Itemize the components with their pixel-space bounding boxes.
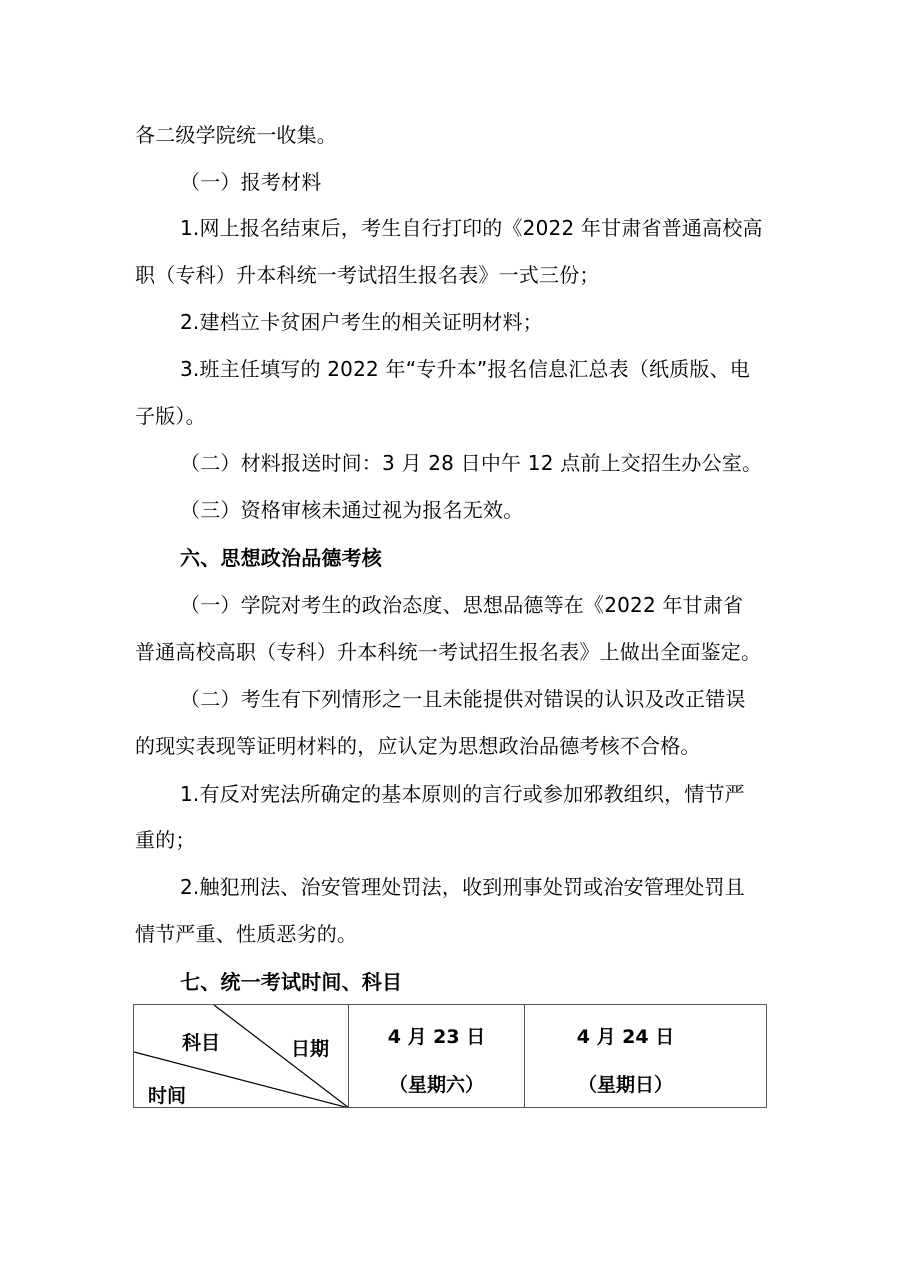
paragraph-line: 2.建档立卡贫困户考生的相关证明材料； [180,310,820,334]
paragraph-line: 1.网上报名结束后，考生自行打印的《2022 年甘肃省普通高校高 [180,216,820,240]
weekday-label: （星期六） [349,1070,524,1097]
subject-header-label: 科目 [182,1028,220,1055]
paragraph-line: 2.触犯刑法、治安管理处罚法，收到刑事处罚或治安管理处罚且 [180,875,820,899]
date-label: 4 月 24 日 [505,1022,746,1049]
date-column-header: 4 月 23 日 （星期六） [349,1005,525,1107]
paragraph-line: （一）学院对考生的政治态度、思想品德等在《2022 年甘肃省 [180,593,820,617]
weekday-label: （星期日） [505,1070,746,1097]
paragraph-line: 各二级学院统一收集。 [135,123,775,147]
paragraph-line: 普通高校高职（专科）升本科统一考试招生报名表》上做出全面鉴定。 [135,640,775,664]
paragraph-line: 1.有反对宪法所确定的基本原则的言行或参加邪教组织，情节严 [180,782,820,806]
paragraph-line: 3.班主任填写的 2022 年“专升本”报名信息汇总表（纸质版、电 [180,357,820,381]
time-header-label: 时间 [148,1081,186,1108]
paragraph-line: 子版）。 [135,404,775,428]
paragraph-line: （一）报考材料 [180,170,820,194]
date-header-label: 日期 [291,1034,329,1061]
paragraph-line: （二）材料报送时间：3 月 28 日中午 12 点前上交招生办公室。 [180,451,820,475]
section-heading: 七、统一考试时间、科目 [180,970,820,994]
paragraph-line: 重的； [135,828,775,852]
paragraph-line: 的现实表现等证明材料的，应认定为思想政治品德考核不合格。 [135,734,775,758]
paragraph-line: 情节严重、性质恶劣的。 [135,922,775,946]
paragraph-line: （二）考生有下列情形之一且未能提供对错误的认识及改正错误 [180,687,820,711]
document-page: 各二级学院统一收集。（一）报考材料1.网上报名结束后，考生自行打印的《2022 … [0,0,900,1272]
date-column-header: 4 月 24 日 （星期日） [525,1005,766,1107]
table-corner-header: 科目 日期 时间 [134,1005,349,1107]
exam-schedule-table: 科目 日期 时间 4 月 23 日 （星期六） 4 月 24 日 （星期日） [133,1004,767,1108]
section-heading: 六、思想政治品德考核 [180,546,820,570]
paragraph-line: （三）资格审核未通过视为报名无效。 [180,498,820,522]
paragraph-line: 职（专科）升本科统一考试招生报名表》一式三份； [135,263,775,287]
date-label: 4 月 23 日 [349,1022,524,1049]
